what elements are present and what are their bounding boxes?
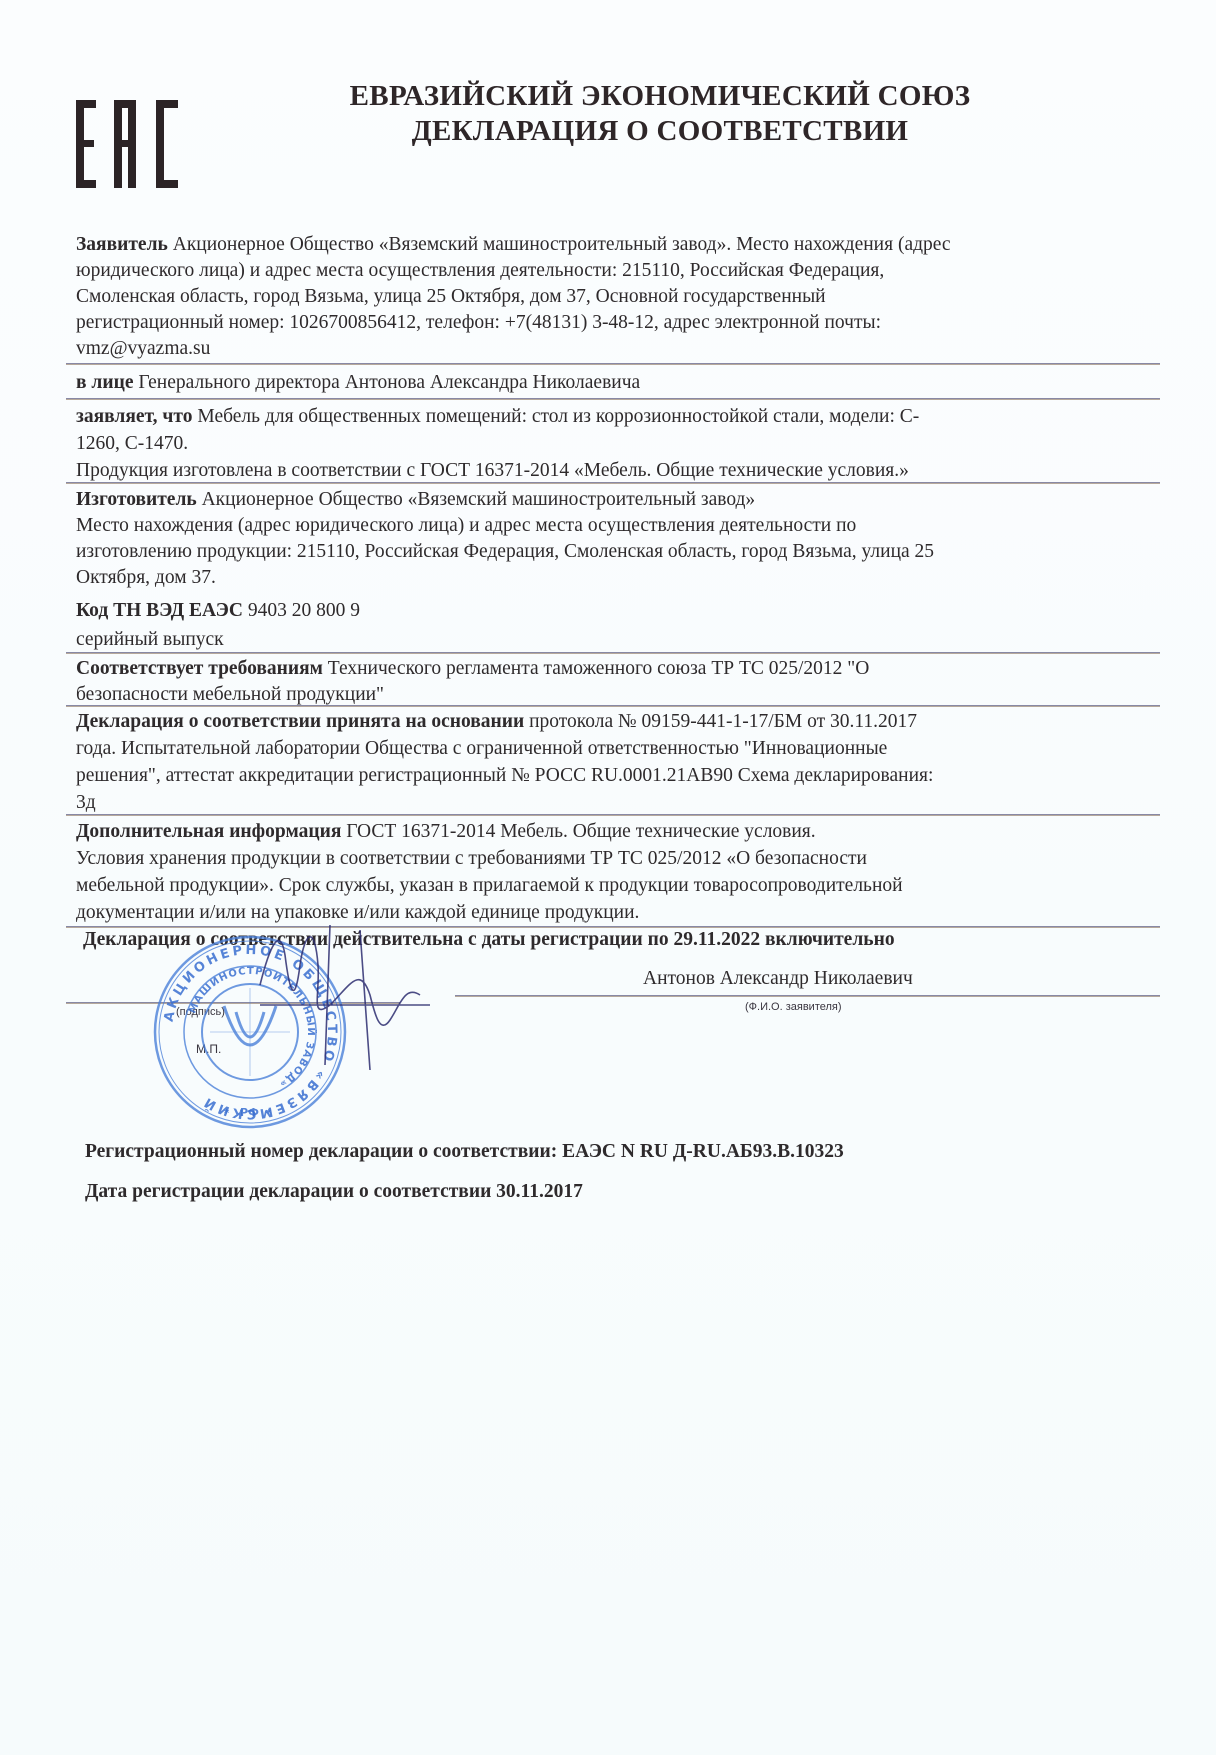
tn-ved-code: Код ТН ВЭД ЕАЭС 9403 20 800 9 <box>76 599 360 623</box>
name-line <box>455 995 1160 997</box>
applicant-label: Заявитель <box>76 234 168 255</box>
union-title: ЕВРАЗИЙСКИЙ ЭКОНОМИЧЕСКИЙ СОЮЗ <box>300 80 1020 113</box>
declares-line-1: заявляет, что Мебель для общественных по… <box>76 405 919 429</box>
manufacturer-line-1: Изготовитель Акционерное Общество «Вязем… <box>76 488 755 512</box>
additional-line-1: Дополнительная информация ГОСТ 16371-201… <box>76 820 816 844</box>
applicant-name: Антонов Александр Николаевич <box>643 967 913 991</box>
registration-date: Дата регистрации декларации о соответств… <box>85 1181 583 1203</box>
additional-line-4: документации и/или на упаковке и/или каж… <box>76 901 639 925</box>
applicant-line-1: Заявитель Акционерное Общество «Вяземски… <box>76 233 951 257</box>
basis-scheme: 3д <box>76 791 96 815</box>
representative-line: в лице Генерального директора Антонова А… <box>76 371 640 395</box>
divider <box>66 705 1160 707</box>
manufacturer-line-2: Место нахождения (адрес юридического лиц… <box>76 514 856 538</box>
basis-line-1: Декларация о соответствии принята на осн… <box>76 710 917 734</box>
divider <box>66 814 1160 816</box>
release-type: серийный выпуск <box>76 628 224 652</box>
declares-line-3: Продукция изготовлена в соответствии с Г… <box>76 459 909 483</box>
basis-line-2: года. Испытательной лаборатории Общества… <box>76 737 887 761</box>
eac-logo-icon <box>76 100 178 188</box>
additional-line-3: мебельной продукции». Срок службы, указа… <box>76 874 903 898</box>
svg-text:РФ: РФ <box>240 1106 259 1119</box>
manufacturer-line-4: Октября, дом 37. <box>76 566 216 590</box>
divider <box>66 482 1160 484</box>
compliance-line-2: безопасности мебельной продукции" <box>76 683 384 707</box>
divider <box>66 363 1160 365</box>
additional-line-2: Условия хранения продукции в соответстви… <box>76 847 867 871</box>
name-caption: (Ф.И.О. заявителя) <box>745 1001 842 1013</box>
compliance-line-1: Соответствует требованиям Технического р… <box>76 657 869 681</box>
applicant-line-4: регистрационный номер: 1026700856412, те… <box>76 311 881 335</box>
applicant-line-3: Смоленская область, город Вязьма, улица … <box>76 285 826 309</box>
svg-text:*: * <box>224 1108 230 1119</box>
basis-line-3: решения", аттестат аккредитации регистра… <box>76 764 933 788</box>
declaration-page: ЕВРАЗИЙСКИЙ ЭКОНОМИЧЕСКИЙ СОЮЗ ДЕКЛАРАЦИ… <box>0 0 1216 1755</box>
registration-number: Регистрационный номер декларации о соотв… <box>85 1141 844 1163</box>
declares-line-2: 1260, С-1470. <box>76 432 188 456</box>
divider <box>66 398 1160 400</box>
handwritten-signature-icon <box>240 925 430 1075</box>
divider <box>66 926 1160 928</box>
applicant-line-2: юридического лица) и адрес места осущест… <box>76 259 884 283</box>
document-title: ДЕКЛАРАЦИЯ О СООТВЕТСТВИИ <box>300 115 1020 148</box>
divider <box>66 652 1160 654</box>
svg-text:*: * <box>266 1108 272 1119</box>
applicant-email: vmz@vyazma.su <box>76 337 210 361</box>
manufacturer-line-3: изготовлению продукции: 215110, Российск… <box>76 540 934 564</box>
